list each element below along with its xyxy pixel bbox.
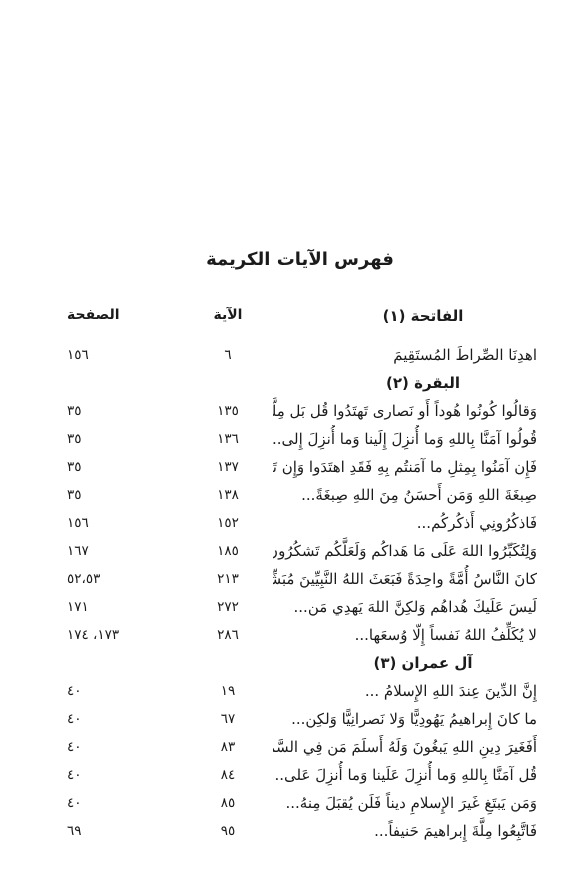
col-header-page: الصفحة	[63, 307, 183, 323]
table-row: وَمَن يَبتَغِ غَيرَ الإِسلامِ ديناً فَلَ…	[63, 789, 537, 817]
table-row: أَفَغَيرَ دِينِ اللهِ يَبغُونَ وَلَهُ أَ…	[63, 733, 537, 761]
section-header-aal-imran: آل عمران (٣)	[291, 654, 555, 672]
verse-text: فَاتَّبِعُوا مِلَّةَ إِبراهيمَ حَنيفاً..…	[273, 817, 537, 845]
verse-number: ٨٥	[183, 795, 273, 811]
table-row: قُل آمَنَّا بِاللهِ وَما أُنزِلَ عَلَينا…	[63, 761, 537, 789]
table-row: ما كانَ إِبراهيمُ يَهُودِيًّا وَلا نَصرا…	[63, 705, 537, 733]
section-header-row: البقرة (٢)	[63, 369, 537, 397]
verse-text: لا يُكَلِّفُ اللهُ نَفساً إِلّا وُسعَها.…	[273, 621, 537, 649]
verse-number: ٩٥	[183, 823, 273, 839]
page-number: ١٧٣، ١٧٤	[63, 627, 183, 643]
verse-number: ٦٧	[183, 711, 273, 727]
page-number: ١٧١	[63, 599, 183, 615]
verse-text: قُل آمَنَّا بِاللهِ وَما أُنزِلَ عَلَينا…	[273, 761, 537, 789]
table-row: إِنَّ الدِّينَ عِندَ اللهِ الإِسلامُ ...…	[63, 677, 537, 705]
table-header-row: الفاتحة (١) الآية الصفحة	[63, 303, 537, 341]
page-number: ٣٥	[63, 431, 183, 447]
verse-number: ٢١٣	[183, 571, 273, 587]
verse-number: ١٣٥	[183, 403, 273, 419]
section-header-al-baqara: البقرة (٢)	[291, 374, 555, 392]
verse-number: ١٣٨	[183, 487, 273, 503]
page-title: فهرس الآيات الكريمة	[0, 0, 577, 274]
verse-number: ٢٧٢	[183, 599, 273, 615]
verse-number: ١٩	[183, 683, 273, 699]
verse-text: قُولُوا آمَنَّا بِاللهِ وَما أُنزِلَ إِل…	[273, 425, 537, 453]
table-row: فَاتَّبِعُوا مِلَّةَ إِبراهيمَ حَنيفاً..…	[63, 817, 537, 845]
section-header-row: آل عمران (٣)	[63, 649, 537, 677]
verse-number: ٢٨٦	[183, 627, 273, 643]
table-row: لَيسَ عَلَيكَ هُداهُم وَلكِنَّ اللهَ يَه…	[63, 593, 537, 621]
index-page: فهرس الآيات الكريمة الفاتحة (١) الآية ال…	[0, 0, 577, 882]
verse-text: فَاذكُرُونِي أَذكُركُم...	[273, 509, 537, 537]
verse-text: وَمَن يَبتَغِ غَيرَ الإِسلامِ ديناً فَلَ…	[273, 789, 537, 817]
page-number: ٣٥	[63, 403, 183, 419]
col-header-verse: الآية	[183, 307, 273, 323]
verse-text: اهدِنَا الصِّراطَ المُستَقِيمَ	[273, 341, 537, 369]
verse-text: إِنَّ الدِّينَ عِندَ اللهِ الإِسلامُ ...	[273, 677, 537, 705]
table-row: فَاذكُرُونِي أَذكُركُم... ١٥٢ ١٥٦	[63, 509, 537, 537]
page-number: ٤٠	[63, 683, 183, 699]
verse-number: ٨٣	[183, 739, 273, 755]
verse-number: ١٥٢	[183, 515, 273, 531]
page-number: ٤٠	[63, 739, 183, 755]
table-row: اهدِنَا الصِّراطَ المُستَقِيمَ ٦ ١٥٦	[63, 341, 537, 369]
page-number: ٦٩	[63, 823, 183, 839]
page-number: ٤٠	[63, 767, 183, 783]
table-row: وَلِتُكَبِّرُوا اللهَ عَلَى مَا هَداكُم …	[63, 537, 537, 565]
table-row: كانَ النَّاسُ أُمَّةً واحِدَةً فَبَعَثَ …	[63, 565, 537, 593]
verse-number: ٨٤	[183, 767, 273, 783]
verse-text: لَيسَ عَلَيكَ هُداهُم وَلكِنَّ اللهَ يَه…	[273, 593, 537, 621]
table-row: وَقالُوا كُونُوا هُوداً أَو نَصارى تَهتَ…	[63, 397, 537, 425]
page-number: ٥٢،٥٣	[63, 571, 183, 587]
verse-text: أَفَغَيرَ دِينِ اللهِ يَبغُونَ وَلَهُ أَ…	[273, 733, 537, 761]
page-number: ٣٥	[63, 487, 183, 503]
page-number: ١٥٦	[63, 347, 183, 363]
verse-number: ١٣٦	[183, 431, 273, 447]
page-number: ٤٠	[63, 795, 183, 811]
verse-index-table: الفاتحة (١) الآية الصفحة اهدِنَا الصِّرا…	[63, 303, 537, 845]
page-number: ١٥٦	[63, 515, 183, 531]
verse-text: كانَ النَّاسُ أُمَّةً واحِدَةً فَبَعَثَ …	[273, 565, 537, 593]
page-number: ٤٠	[63, 711, 183, 727]
verse-text: وَقالُوا كُونُوا هُوداً أَو نَصارى تَهتَ…	[273, 397, 537, 425]
table-row: لا يُكَلِّفُ اللهُ نَفساً إِلّا وُسعَها.…	[63, 621, 537, 649]
section-header-al-fatiha: الفاتحة (١)	[291, 307, 555, 325]
verse-text: ما كانَ إِبراهيمُ يَهُودِيًّا وَلا نَصرا…	[273, 705, 537, 733]
verse-text: صِبغَةَ اللهِ وَمَن أَحسَنُ مِنَ اللهِ ص…	[273, 481, 537, 509]
verse-text: فَإِن آمَنُوا بِمِثلِ ما آمَنتُم بِهِ فَ…	[273, 453, 537, 481]
verse-number: ١٣٧	[183, 459, 273, 475]
table-row: قُولُوا آمَنَّا بِاللهِ وَما أُنزِلَ إِل…	[63, 425, 537, 453]
page-number: ١٦٧	[63, 543, 183, 559]
verse-text: وَلِتُكَبِّرُوا اللهَ عَلَى مَا هَداكُم …	[273, 537, 537, 565]
table-row: صِبغَةَ اللهِ وَمَن أَحسَنُ مِنَ اللهِ ص…	[63, 481, 537, 509]
table-row: فَإِن آمَنُوا بِمِثلِ ما آمَنتُم بِهِ فَ…	[63, 453, 537, 481]
verse-number: ١٨٥	[183, 543, 273, 559]
page-number: ٣٥	[63, 459, 183, 475]
verse-number: ٦	[183, 347, 273, 363]
